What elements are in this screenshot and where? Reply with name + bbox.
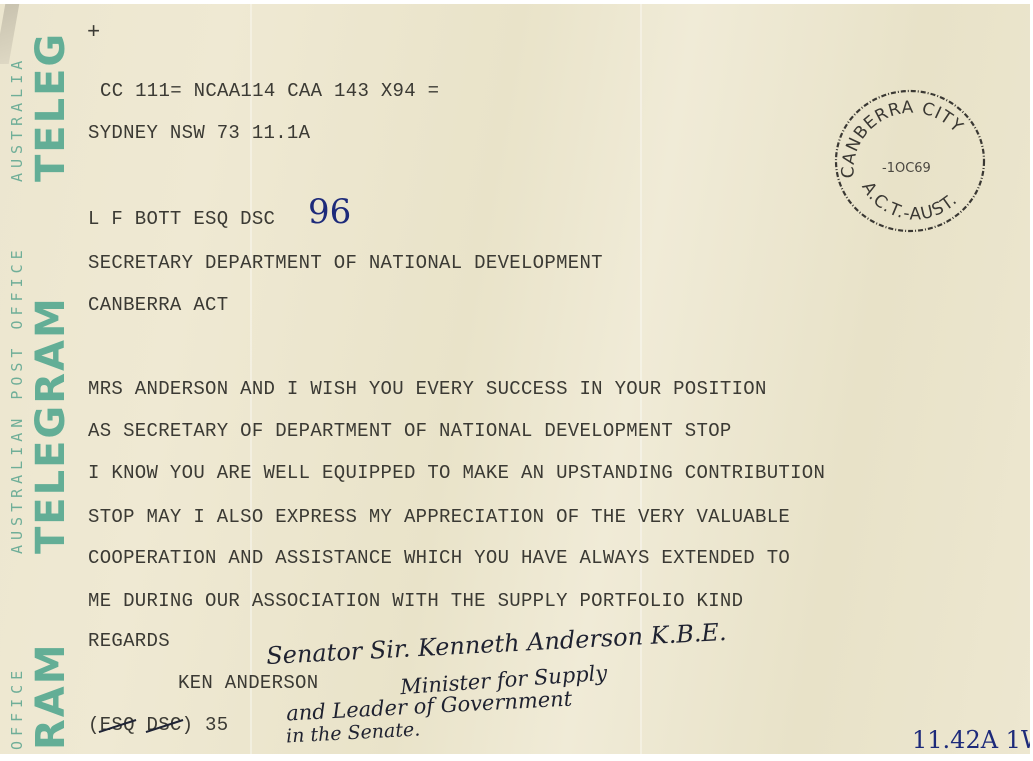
addressee-name: L F BOTT ESQ DSC bbox=[88, 208, 275, 230]
handwritten-note-line-1: Senator Sir. Kenneth Anderson K.B.E. bbox=[266, 618, 728, 670]
telegram-header-strip: AUSTRALIA TELEG AUSTRALIAN POST OFFICE T… bbox=[0, 4, 72, 754]
header-big-text-upper: TELEG bbox=[28, 32, 74, 182]
routing-line-1: CC 111= NCAA114 CAA 143 X94 = bbox=[100, 80, 439, 102]
header-small-text-mid: AUSTRALIAN POST OFFICE bbox=[8, 245, 26, 554]
registration-mark: + bbox=[87, 20, 101, 45]
struck-dsc: DSC bbox=[147, 714, 182, 736]
addressee-line-3: CANBERRA ACT bbox=[88, 294, 228, 316]
header-small-text-upper: AUSTRALIA bbox=[8, 56, 26, 182]
body-line: ME DURING OUR ASSOCIATION WITH THE SUPPL… bbox=[88, 590, 743, 612]
header-big-text-mid: TELEGRAM bbox=[28, 296, 74, 554]
body-line: I KNOW YOU ARE WELL EQUIPPED TO MAKE AN … bbox=[88, 462, 825, 484]
body-line: REGARDS bbox=[88, 630, 170, 652]
postmark-stamp: CANBERRA CITY A.C.T.-AUST. -1OC69 bbox=[832, 86, 987, 236]
body-line: COOPERATION AND ASSISTANCE WHICH YOU HAV… bbox=[88, 547, 790, 569]
struck-esq: ESQ bbox=[100, 714, 135, 736]
received-time-note: 11.42A 1W bbox=[912, 726, 1030, 754]
routing-line-2: SYDNEY NSW 73 11.1A bbox=[88, 122, 310, 144]
header-big-text-lower: RAM bbox=[28, 642, 74, 750]
addressee-line-1: L F BOTT ESQ DSC bbox=[88, 208, 275, 230]
body-line: MRS ANDERSON AND I WISH YOU EVERY SUCCES… bbox=[88, 378, 767, 400]
telegram-paper: AUSTRALIA TELEG AUSTRALIAN POST OFFICE T… bbox=[0, 4, 1030, 754]
postmark-date: -1OC69 bbox=[882, 161, 931, 176]
footer-check-line: (ESQ DSC) 35 bbox=[88, 714, 228, 736]
handwritten-number: 96 bbox=[308, 192, 351, 232]
addressee-line-2: SECRETARY DEPARTMENT OF NATIONAL DEVELOP… bbox=[88, 252, 603, 274]
signature: KEN ANDERSON bbox=[178, 672, 318, 694]
postmark-bottom-arc: A.C.T.-AUST. bbox=[857, 178, 961, 224]
svg-text:A.C.T.-AUST.: A.C.T.-AUST. bbox=[857, 178, 961, 224]
header-small-text-lower: OFFICE bbox=[8, 666, 26, 750]
body-line: AS SECRETARY OF DEPARTMENT OF NATIONAL D… bbox=[88, 420, 732, 442]
body-line: STOP MAY I ALSO EXPRESS MY APPRECIATION … bbox=[88, 506, 790, 528]
